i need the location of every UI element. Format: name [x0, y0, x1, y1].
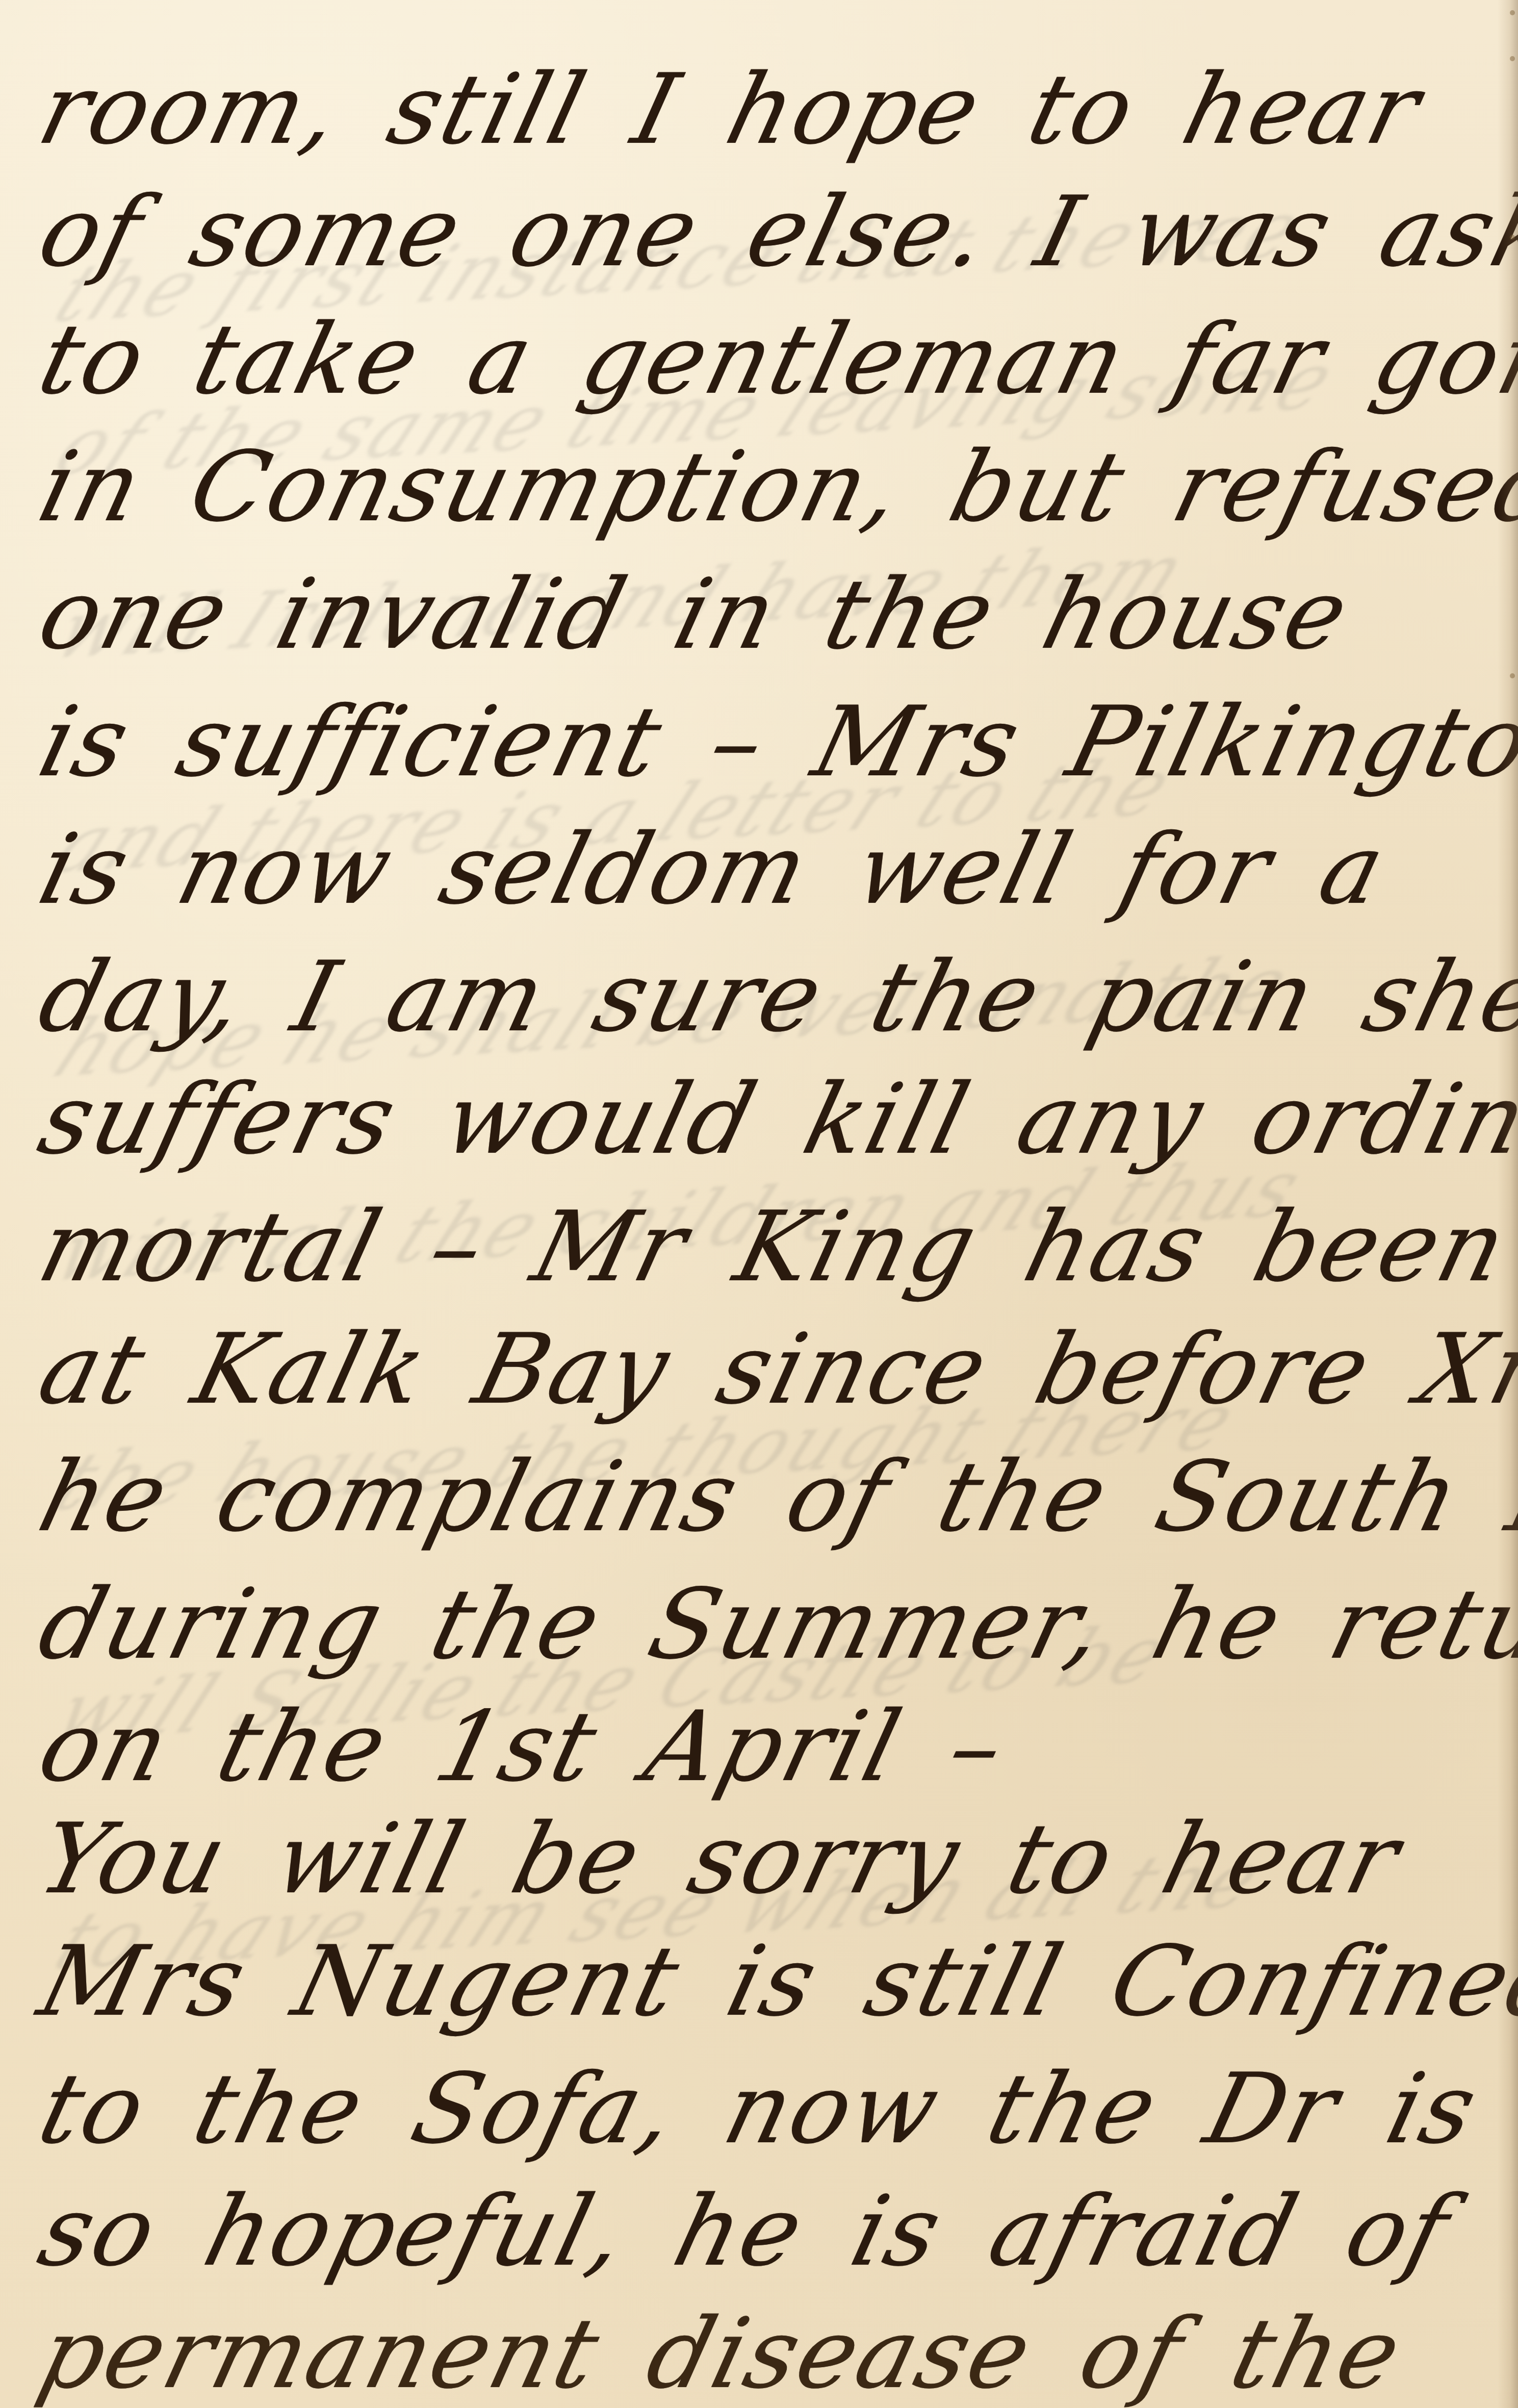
paper-speckle — [1510, 235, 1515, 240]
letter-line: so hopeful, he is afraid of — [31, 2183, 1518, 2280]
letter-line: suffers would kill any ordinary — [31, 1071, 1518, 1168]
paper-speckle — [1510, 56, 1515, 61]
letter-line: one invalid in the house — [31, 566, 1518, 663]
letter-body: room, still I hope to hear of some one e… — [0, 0, 1518, 2408]
paper-edge — [1498, 0, 1518, 2408]
letter-line: he complains of the South Easter — [31, 1449, 1518, 1545]
letter-line: at Kalk Bay since before Xmas, — [31, 1321, 1518, 1418]
letter-line: You will be sorry to hear — [31, 1811, 1518, 1908]
letter-line: to take a gentleman far gone — [31, 311, 1518, 408]
letter-page: the first instance that the ree of the s… — [0, 0, 1518, 2408]
letter-line: room, still I hope to hear — [31, 61, 1518, 158]
letter-line: mortal – Mr King has been — [31, 1199, 1518, 1296]
letter-line: is sufficient – Mrs Pilkington — [31, 694, 1518, 791]
letter-line: Mrs Nugent is still Confined — [31, 1933, 1518, 2030]
letter-line: during the Summer, he returns — [31, 1576, 1518, 1673]
paper-speckle — [1510, 10, 1515, 15]
letter-line: to the Sofa, now the Dr is not — [31, 2061, 1518, 2158]
letter-line: is now seldom well for a — [31, 821, 1518, 918]
letter-line: of some one else. I was asked — [31, 184, 1518, 281]
paper-speckle — [1510, 673, 1515, 678]
letter-line: day, I am sure the pain she — [31, 949, 1518, 1046]
letter-line: permanent disease of the — [31, 2305, 1518, 2402]
letter-line: in Consumption, but refused — [31, 439, 1518, 536]
letter-line: on the 1st April – — [31, 1699, 1518, 1795]
